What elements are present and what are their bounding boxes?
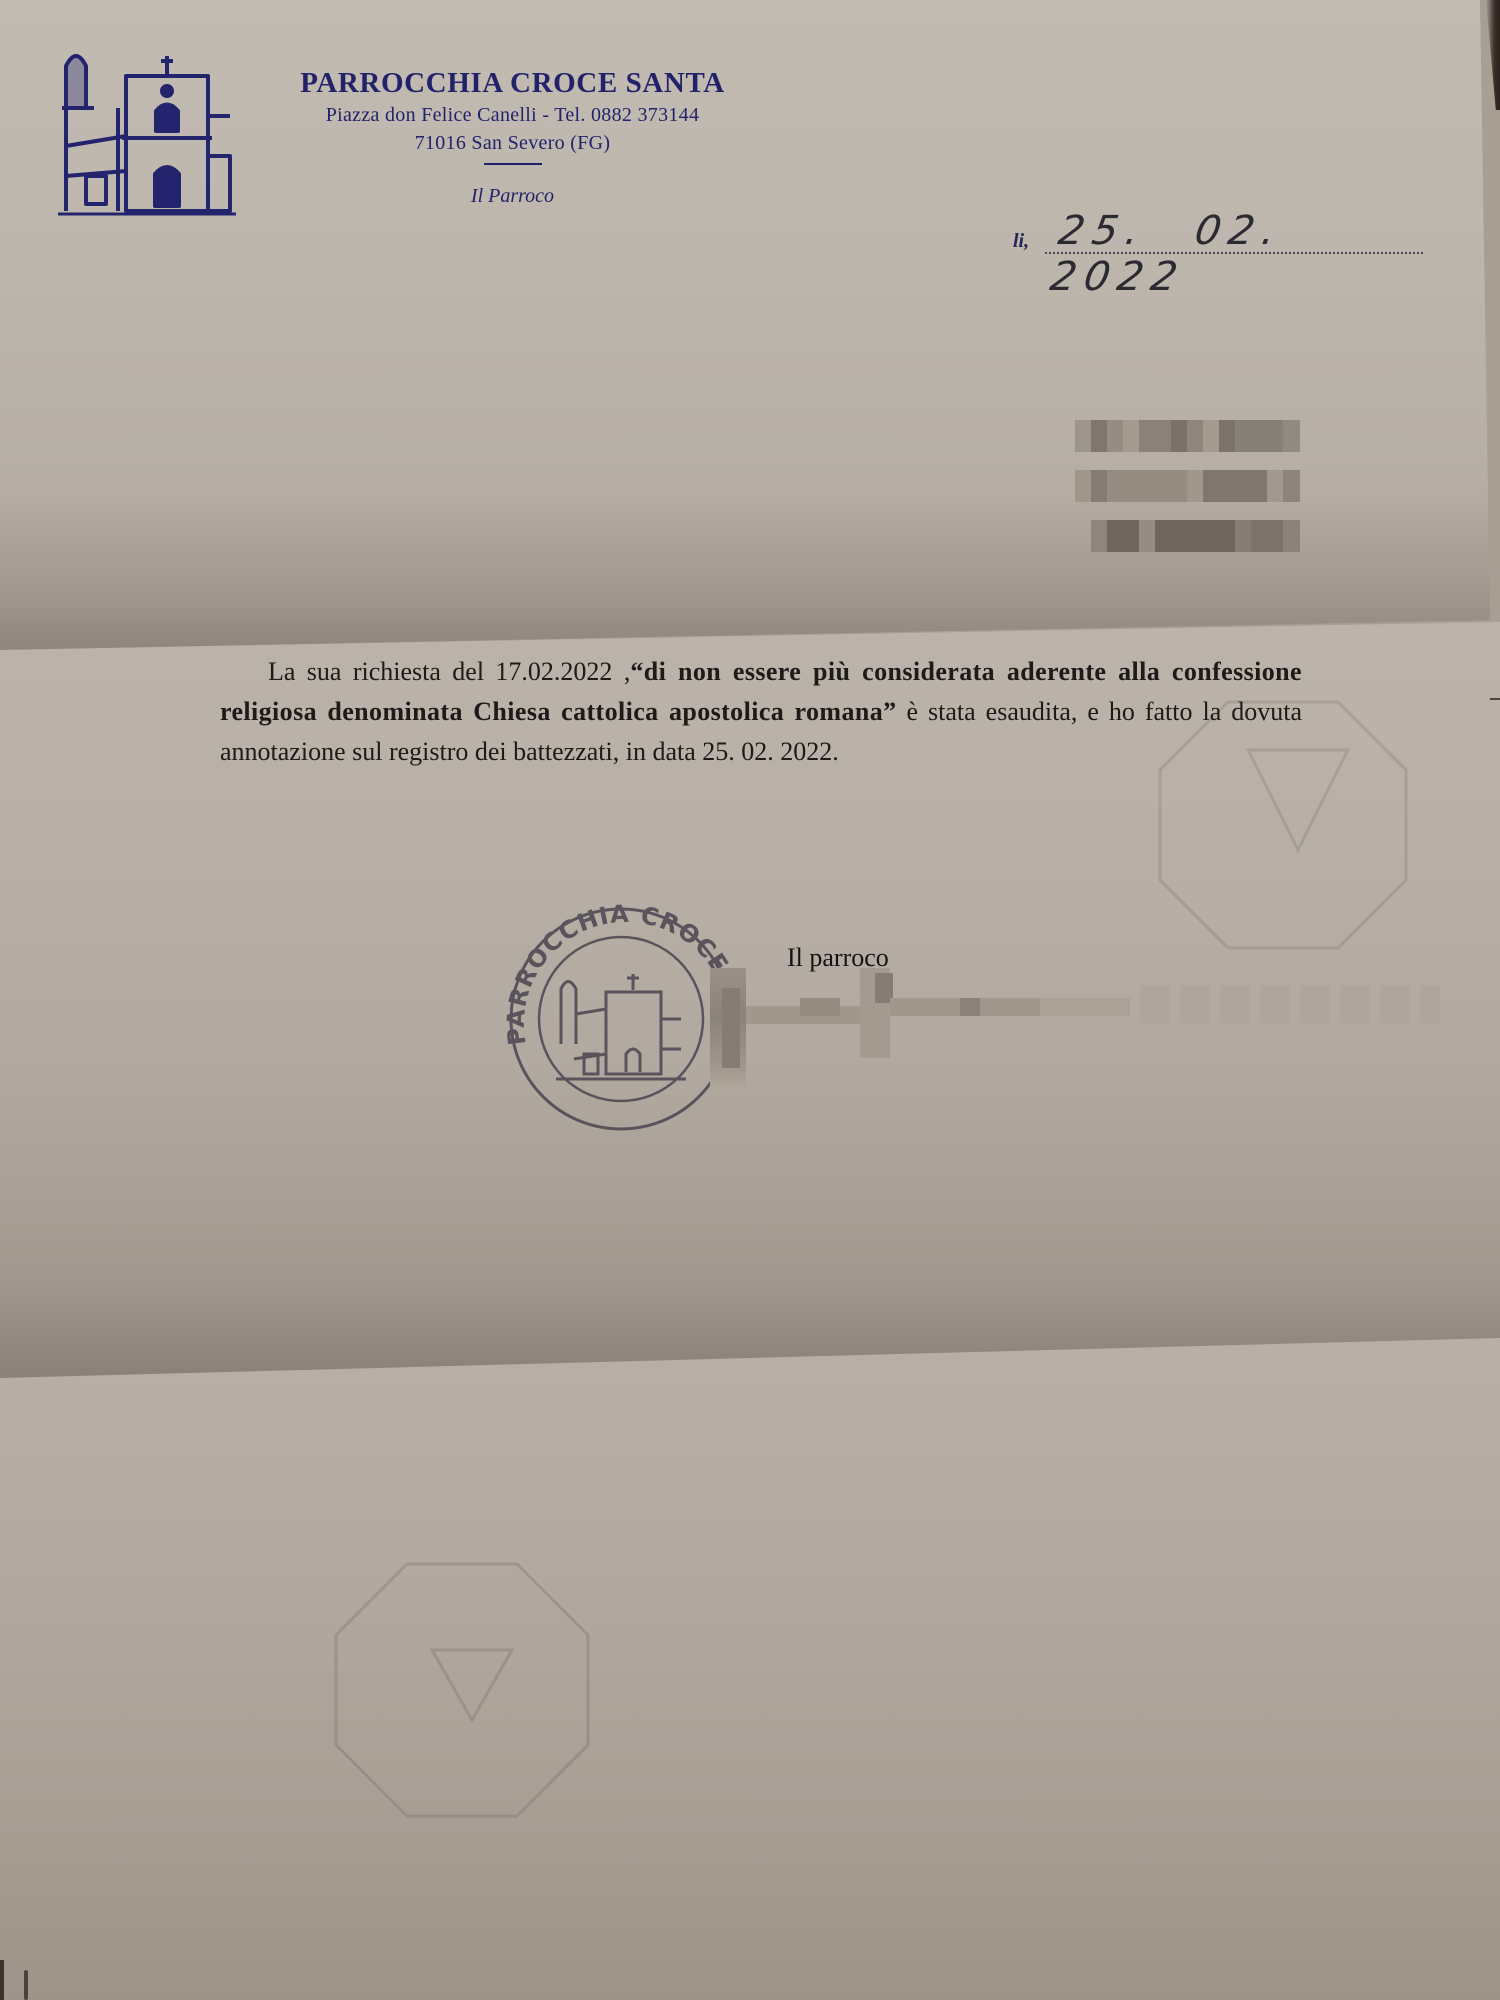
svg-text:PARROCCHIA CROCE SANTA: PARROCCHIA CROCE SANTA — [496, 894, 746, 1047]
organization-city: 71016 San Severo (FG) — [255, 130, 770, 156]
page-edge-left — [0, 1960, 4, 2000]
date-prefix: li, — [1013, 230, 1029, 253]
paper-bottom-panel — [0, 1330, 1500, 2000]
letterhead-divider — [484, 163, 542, 165]
watermark-text — [1140, 985, 1440, 1025]
page-edge-mark — [24, 1970, 28, 2000]
fold-tick-mark — [1490, 698, 1500, 700]
parish-seal-icon: PARROCCHIA CROCE SANTA — [496, 894, 746, 1134]
organization-address: Piazza don Felice Canelli - Tel. 0882 37… — [255, 100, 770, 130]
church-facade-icon — [58, 46, 236, 222]
letter-body: La sua richiesta del 17.02.2022 ,“di non… — [220, 652, 1302, 772]
handwritten-date: 25. 02. 2022 — [1047, 208, 1431, 300]
date-line: li, 25. 02. 2022 — [1013, 208, 1423, 258]
body-intro: La sua richiesta del 17.02.2022 , — [268, 657, 630, 686]
signature-redacted — [710, 968, 1130, 1088]
page-edge-shadow — [1486, 0, 1500, 110]
addressee-redacted — [1075, 420, 1300, 570]
organization-name: PARROCCHIA CROCE SANTA — [255, 66, 770, 100]
stamp-text: PARROCCHIA CROCE SANTA — [496, 894, 746, 1047]
letterhead: PARROCCHIA CROCE SANTA Piazza don Felice… — [255, 66, 770, 208]
letterhead-role: Il Parroco — [255, 185, 770, 208]
watermark-seal-icon — [322, 1550, 602, 1830]
